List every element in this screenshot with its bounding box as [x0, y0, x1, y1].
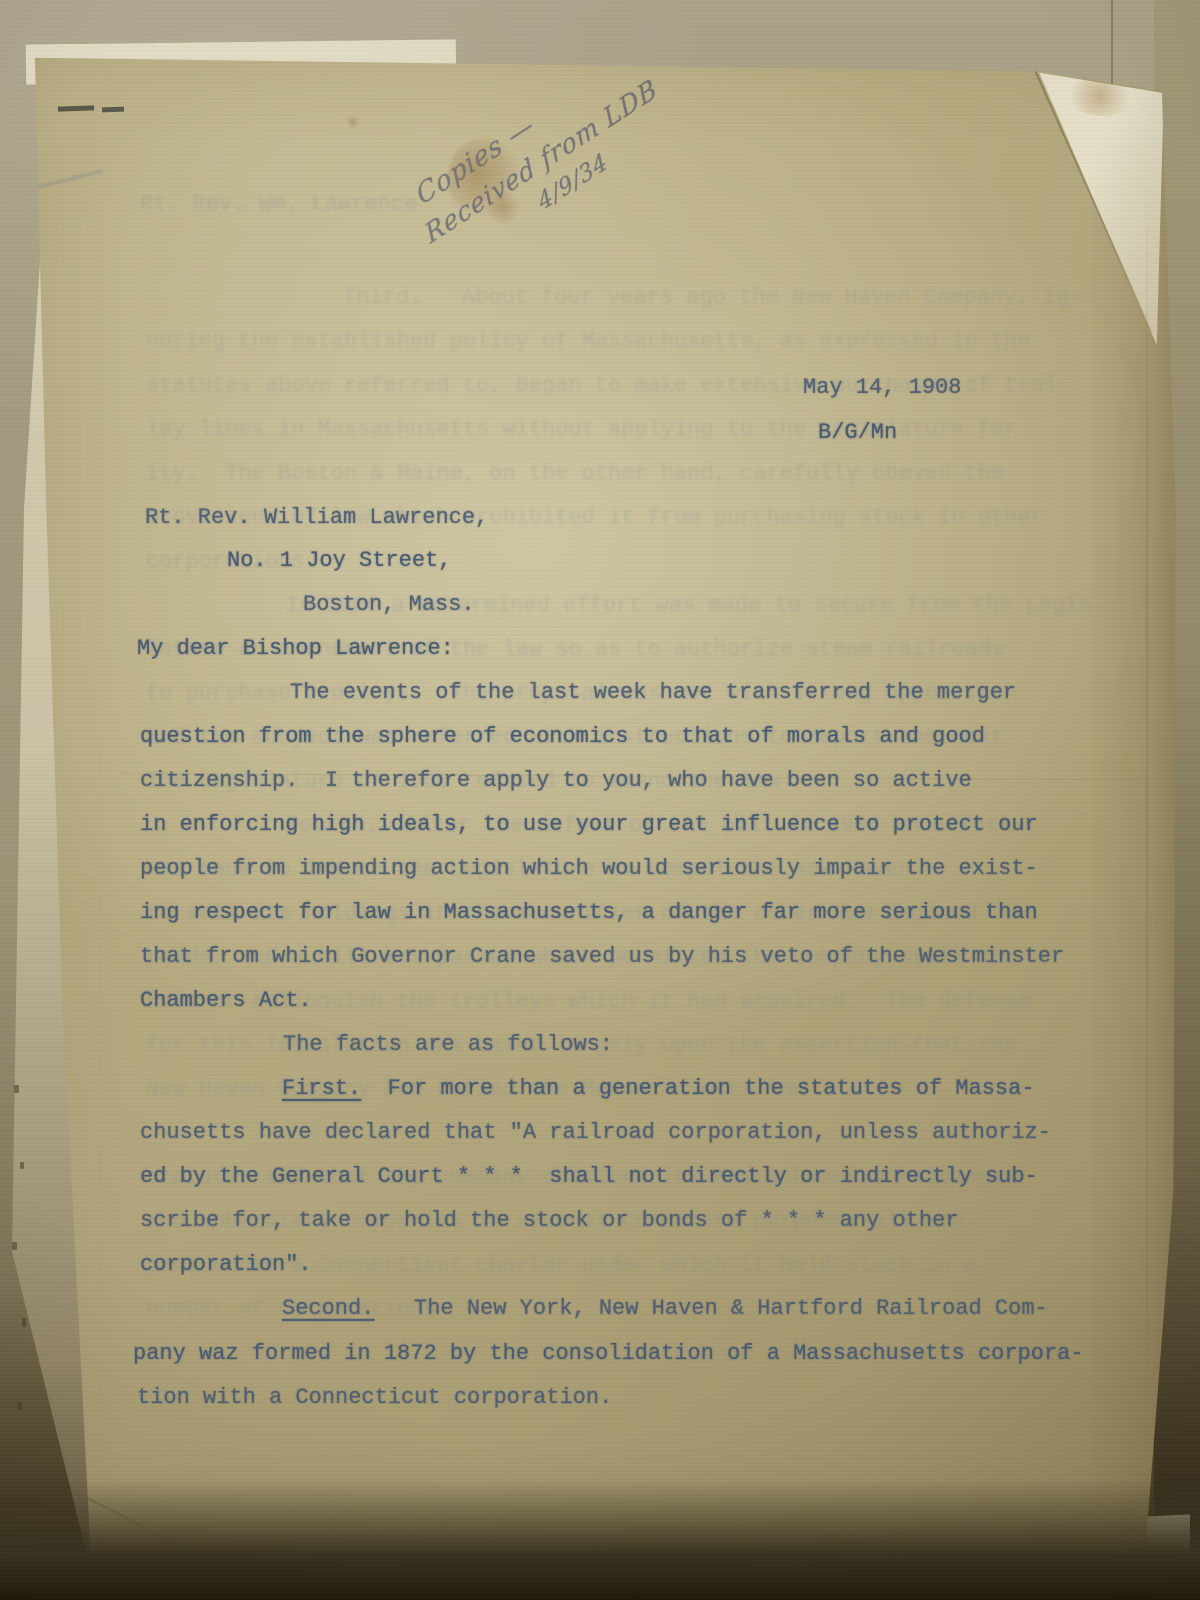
typed-line: tion with a Connecticut corporation. [137, 1385, 612, 1411]
typed-text-layer: May 14, 1908B/G/MnRt. Rev. William Lawre… [28, 50, 1178, 1590]
typed-line: that from which Governor Crane saved us … [140, 944, 1064, 970]
typed-line: ed by the General Court * * * shall not … [140, 1164, 1038, 1190]
background-seam-line [1111, 0, 1113, 86]
typed-line: First. For more than a generation the st… [282, 1076, 1035, 1102]
page-edge-speck [12, 1242, 17, 1250]
page-edge-speck [22, 1318, 26, 1327]
typed-line: No. 1 Joy Street, [227, 548, 451, 574]
background-bottom-shadow [0, 1480, 1200, 1600]
typed-line: May 14, 1908 [803, 375, 961, 401]
typed-line: pany waz formed in 1872 by the consolida… [133, 1341, 1084, 1367]
typed-line: in enforcing high ideals, to use your gr… [140, 812, 1038, 838]
typed-line: corporation". [140, 1252, 312, 1278]
letter-photograph: Rt. Rev. Wm. LawrenceThird. About four y… [0, 0, 1200, 1600]
typed-line: chusetts have declared that "A railroad … [140, 1120, 1051, 1146]
page-edge-speck [20, 1162, 24, 1169]
typed-line: Rt. Rev. William Lawrence, [145, 505, 488, 531]
typed-line: My dear Bishop Lawrence: [137, 636, 454, 662]
typed-line: Second. The New York, New Haven & Hartfo… [282, 1296, 1048, 1322]
page-edge-speck [17, 1402, 22, 1410]
typed-line: people from impending action which would… [140, 856, 1038, 882]
typed-line: The facts are as follows: [283, 1032, 613, 1058]
typed-line: citizenship. I therefore apply to you, w… [140, 768, 972, 794]
typed-line: Boston, Mass. [303, 592, 475, 618]
typed-line: ing respect for law in Massachusetts, a … [140, 900, 1038, 926]
page-edge-speck [14, 1085, 19, 1093]
letter-page: Rt. Rev. Wm. LawrenceThird. About four y… [28, 50, 1178, 1590]
typed-line: question from the sphere of economics to… [140, 724, 985, 750]
typed-line: B/G/Mn [818, 420, 897, 446]
typed-line: The events of the last week have transfe… [290, 680, 1016, 706]
typed-line: scribe for, take or hold the stock or bo… [140, 1208, 959, 1234]
typed-line: Chambers Act. [140, 988, 312, 1014]
